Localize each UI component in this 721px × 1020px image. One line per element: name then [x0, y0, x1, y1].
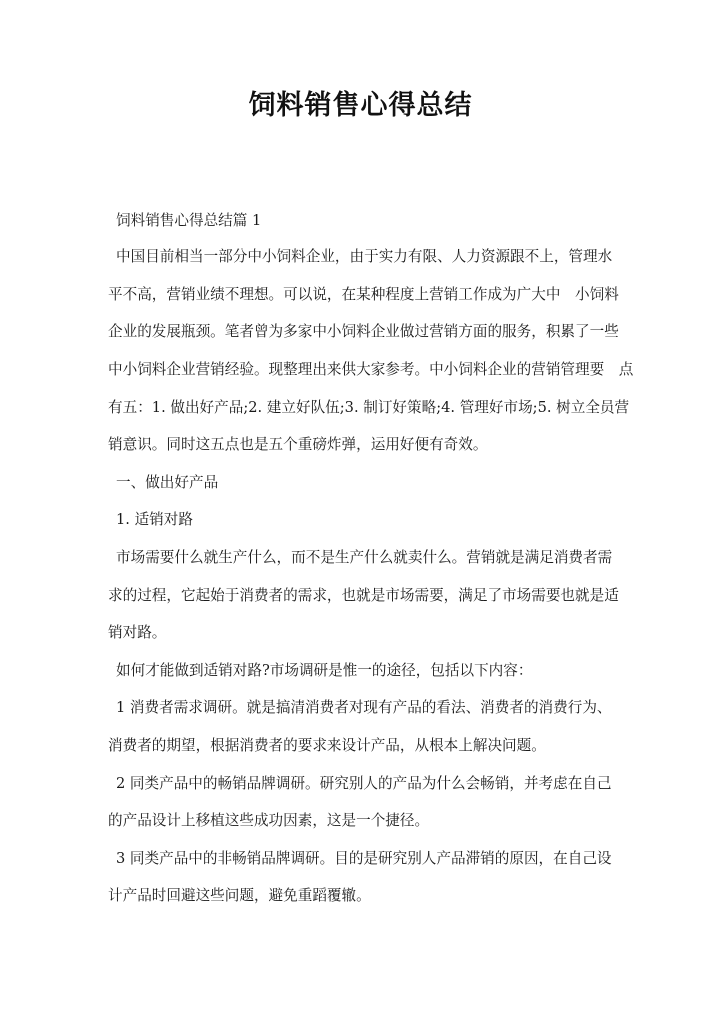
paragraph-line: 如何才能做到适销对路?市场调研是惟一的途径，包括以下内容： [116, 661, 636, 681]
paragraph-line: 销意识。同时这五点也是五个重磅炸弹，运用好便有奇效。 [108, 435, 628, 455]
paragraph-line: 销对路。 [108, 623, 628, 643]
list-item-line: 3 同类产品中的非畅销品牌调研。目的是研究别人产品滞销的原因，在自己设 [116, 849, 636, 869]
paragraph-line: 企业的发展瓶颈。笔者曾为多家中小饲料企业做过营销方面的服务，积累了一些 [108, 322, 628, 342]
section-heading: 一、做出好产品 [116, 473, 636, 493]
paragraph-line: 有五：1. 做出好产品;2. 建立好队伍;3. 制订好策略;4. 管理好市场;5… [108, 398, 628, 418]
list-item-line: 2 同类产品中的畅销品牌调研。研究别人的产品为什么会畅销，并考虑在自己 [116, 774, 636, 794]
paragraph-line: 求的过程，它起始于消费者的需求，也就是市场需要，满足了市场需要也就是适 [108, 586, 628, 606]
list-item-line: 计产品时回避这些问题，避免重蹈覆辙。 [108, 886, 628, 906]
list-item-line: 的产品设计上移植这些成功因素，这是一个捷径。 [108, 811, 628, 831]
list-item-line: 消费者的期望，根据消费者的要求来设计产品，从根本上解决问题。 [108, 736, 628, 756]
document-title: 饲料销售心得总结 [0, 88, 721, 124]
paragraph-line: 平不高，营销业绩不理想。可以说，在某种程度上营销工作成为广大中 小饲料 [108, 285, 628, 305]
subsection-heading: 1. 适销对路 [116, 510, 636, 530]
document-page: 饲料销售心得总结 饲料销售心得总结篇 1 中国目前相当一部分中小饲料企业，由于实… [0, 0, 721, 1020]
list-item-line: 1 消费者需求调研。就是搞清消费者对现有产品的看法、消费者的消费行为、 [116, 698, 636, 718]
paragraph-line: 市场需要什么就生产什么，而不是生产什么就卖什么。营销就是满足消费者需 [116, 548, 636, 568]
section-heading: 饲料销售心得总结篇 1 [116, 211, 636, 231]
paragraph-line: 中小饲料企业营销经验。现整理出来供大家参考。中小饲料企业的营销管理要 点 [108, 360, 628, 380]
paragraph-line: 中国目前相当一部分中小饲料企业，由于实力有限、人力资源跟不上，管理水 [116, 247, 636, 267]
